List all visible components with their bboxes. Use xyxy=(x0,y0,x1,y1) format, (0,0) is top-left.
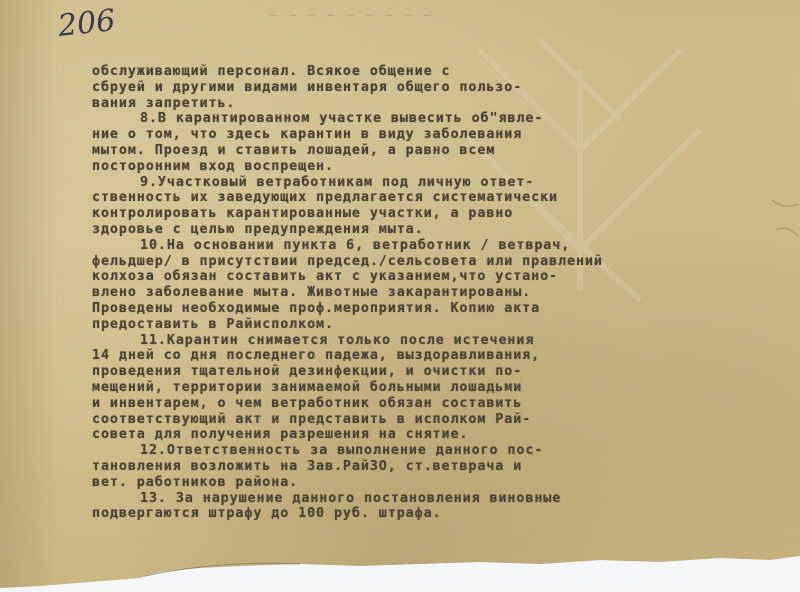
text-line: 10.На основании пункта 6, ветработник / … xyxy=(92,238,792,254)
paper-edge-shadow xyxy=(0,0,60,592)
typewritten-body: обслуживающий персонал. Всякое общение с… xyxy=(92,64,792,522)
paper-crease xyxy=(770,190,800,260)
text-line: ственность их заведующих предлагается си… xyxy=(92,190,792,206)
text-line: подвергаются штрафу до 100 руб. штрафа. xyxy=(92,506,792,522)
text-line: соответствующий акт и представить в испо… xyxy=(92,412,792,428)
text-line: и инвентарем, о чем ветработник обязан с… xyxy=(92,396,792,412)
text-line: 12.Ответственность за выполнение данного… xyxy=(92,443,792,459)
text-line: Проведены необходимые проф.мероприятия. … xyxy=(92,301,792,317)
text-line: 11.Карантин снимается только после истеч… xyxy=(92,333,792,349)
text-line: 8.В карантированном участке вывесить об"… xyxy=(92,111,792,127)
text-line: колхоза обязан составить акт с указанием… xyxy=(92,269,792,285)
text-line: фельдшер/ в присутствии председ./сельсов… xyxy=(92,254,792,270)
text-line: обслуживающий персонал. Всякое общение с xyxy=(92,64,792,80)
text-line: тановления возложить на Зав.РайЗО, ст.ве… xyxy=(92,459,792,475)
text-line: 14 дней со дня последнего падежа, выздор… xyxy=(92,348,792,364)
text-line: ние о том, что здесь карантин в виду заб… xyxy=(92,127,792,143)
torn-paper-edge xyxy=(0,552,800,592)
text-line: контролировать карантированные участки, … xyxy=(92,206,792,222)
text-line: 13. За нарушение данного постановления в… xyxy=(92,491,792,507)
text-line: мытом. Проезд и ставить лошадей, а равно… xyxy=(92,143,792,159)
text-line: проведения тщательной дезинфекции, и очи… xyxy=(92,364,792,380)
text-line: мещений, территории занимаемой больными … xyxy=(92,380,792,396)
text-line: сбруей и другими видами инвентаря общего… xyxy=(92,80,792,96)
text-line: 9.Участковый ветработникам под личную от… xyxy=(92,175,792,191)
faded-header-text: — — — — — — — — — xyxy=(270,8,640,24)
text-line: вания запретить. xyxy=(92,96,792,112)
text-line: влено заболевание мыта. Животные закаран… xyxy=(92,285,792,301)
text-line: посторонним вход воспрещен. xyxy=(92,159,792,175)
text-line: предоставить в Райисполком. xyxy=(92,317,792,333)
text-line: здоровье с целью предупреждения мыта. xyxy=(92,222,792,238)
text-line: вет. работников района. xyxy=(92,475,792,491)
text-line: совета для получения разрешения на сняти… xyxy=(92,427,792,443)
handwritten-page-number: 206 xyxy=(56,3,117,44)
